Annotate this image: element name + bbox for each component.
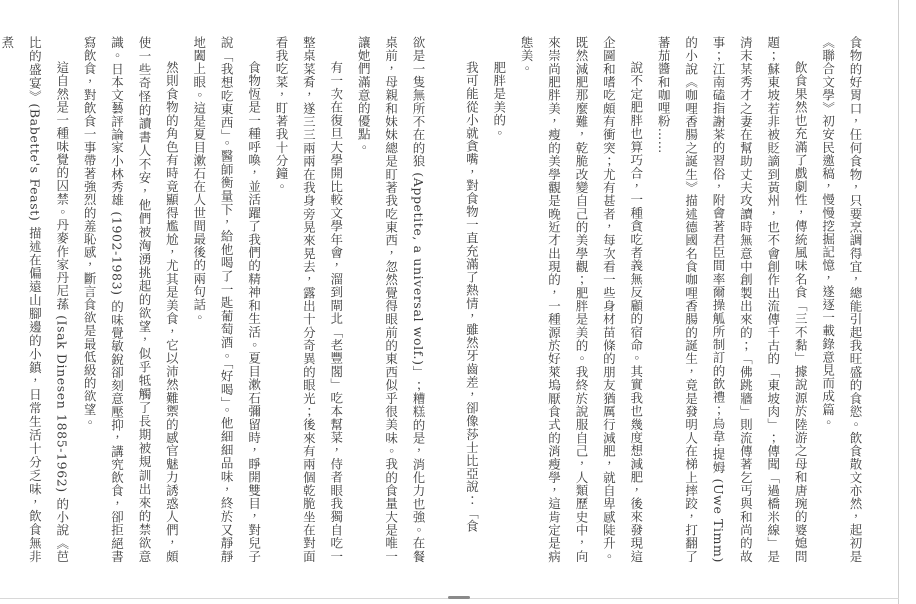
right-page: 食物的好胃口，任何食物，只要烹調得宜，總能引起我旺盛的食慾。飲食散文亦然，起初是…: [457, 36, 869, 563]
left-page: 欲是一隻無所不在的狼 (Appetite, a universal wolf.)…: [19, 36, 432, 563]
paragraph: 肥胖是美的。: [485, 36, 512, 563]
paragraph: 有一次在復旦大學開比較文學年會，溜到閘北「老豐閣」吃本幫菜，侍者眼我獨自吃一整桌…: [268, 36, 350, 563]
page-edge-line-right: [898, 0, 899, 604]
paragraph: 食物的好胃口，任何食物，只要烹調得宜，總能引起我旺盛的食慾。飲食散文亦然，起初是…: [814, 36, 869, 563]
paragraph: 欲是一隻無所不在的狼 (Appetite, a universal wolf.)…: [350, 36, 432, 563]
right-page-text-block: 食物的好胃口，任何食物，只要烹調得宜，總能引起我旺盛的食慾。飲食散文亦然，起初是…: [457, 36, 869, 563]
paragraph: 然則食物的角色有時竟顯得尷尬，尤其是美食，它以沛然難禦的感官魅力誘惑人們，頗使一…: [76, 36, 186, 563]
paragraph: 這自然是一種味覺的囚禁。丹麥作家丹尼蓀 (Isak Dinesen 1885-1…: [0, 36, 76, 563]
page-gutter-mark: [448, 596, 470, 599]
book-spread: 食物的好胃口，任何食物，只要烹調得宜，總能引起我旺盛的食慾。飲食散文亦然，起初是…: [0, 0, 916, 604]
paragraph: 食物恆是一種呼喚，並活躍了我們的精神和生活。夏目漱石彌留時，睜開雙目，對兒子說「…: [185, 36, 267, 563]
paragraph: 飲食果然也充滿了戲劇性，傳統風味名食「三不黏」據說源於陸游之母和唐琬的婆媳問題；…: [650, 36, 814, 563]
left-page-text-block: 欲是一隻無所不在的狼 (Appetite, a universal wolf.)…: [19, 36, 432, 563]
paragraph: 說不定肥胖也算巧合，一種貪吃者義無反顧的宿命。其實我也幾度想減肥，後來發現這企圖…: [513, 36, 650, 563]
paragraph: 我可能從小就貪嘴，對食物一直充滿了熱情，雖然牙齒差，卻像莎士比亞說：「食: [458, 36, 485, 563]
